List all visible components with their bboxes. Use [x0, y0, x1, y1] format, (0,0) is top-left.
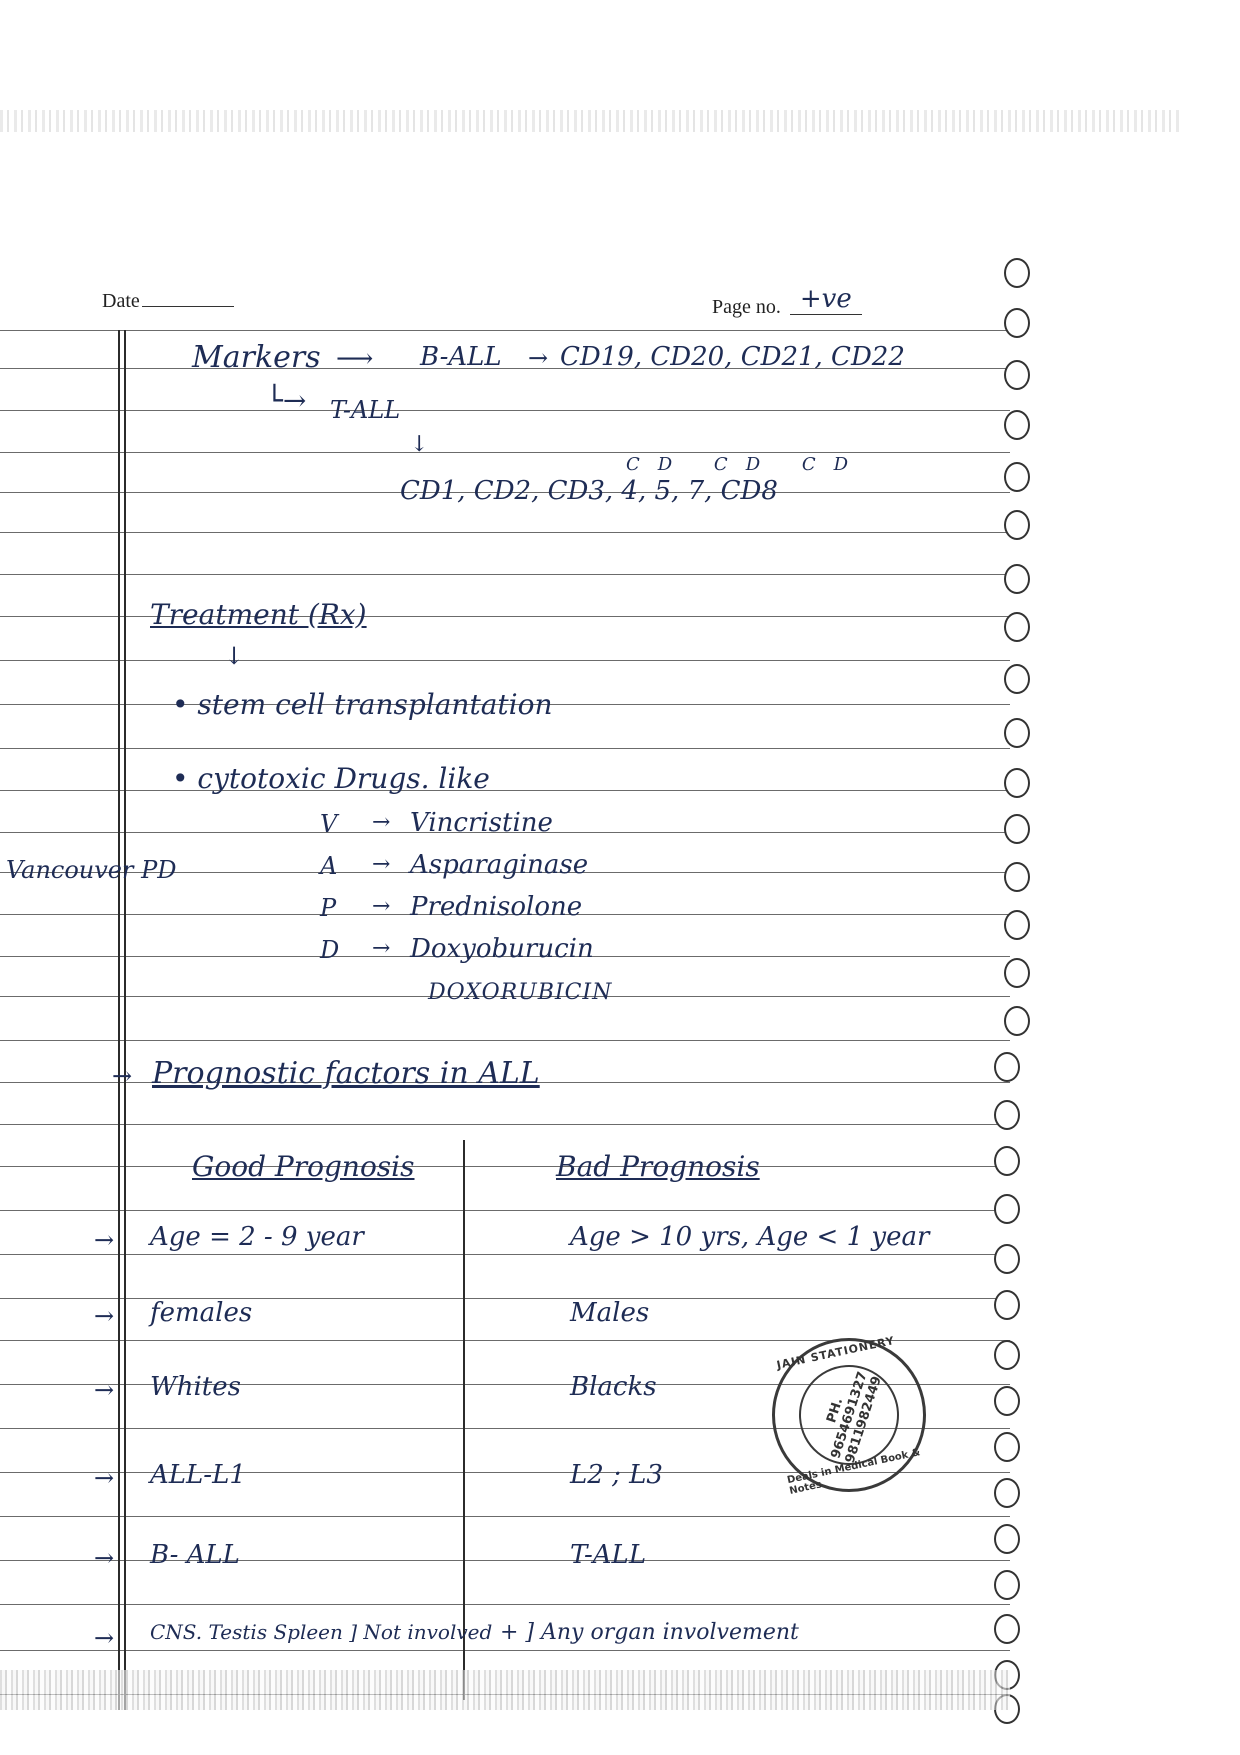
binder-hole-icon [994, 1386, 1020, 1416]
treatment-item: • stem cell transplantation [172, 688, 553, 721]
binder-hole-icon [1004, 410, 1030, 440]
date-label: Date [102, 290, 234, 313]
binder-hole-icon [1004, 768, 1030, 798]
ruled-line [0, 790, 1010, 791]
drug-letter: P [320, 894, 336, 922]
down-arrow-icon: ↓ [410, 432, 428, 457]
b-all-markers: CD19, CD20, CD21, CD22 [560, 342, 905, 372]
ruled-line [0, 1124, 1010, 1125]
arrow-icon: → [372, 852, 390, 877]
notebook-page: Date Page no. +ve Markers ⟶ B-ALL → CD19… [0, 0, 1240, 1755]
arrow-icon: → [94, 1302, 114, 1330]
binder-hole-icon [994, 1146, 1020, 1176]
treatment-item-text: stem cell transplantation [197, 688, 552, 721]
binder-hole-icon [1004, 664, 1030, 694]
stationery-stamp: JAIN STATIONERY PH. 9654691327 981198244… [758, 1324, 941, 1507]
binder-hole-icon [994, 1244, 1020, 1274]
binder-hole-icon [1004, 258, 1030, 288]
margin-line [124, 330, 126, 1710]
ruled-line [0, 1040, 1010, 1041]
t-all-markers: CD1, CD2, CD3, 4, 5, 7, CD8 [400, 476, 778, 506]
column-header-good: Good Prognosis [192, 1150, 415, 1183]
bad-prognosis-cell: + ] Any organ involvement [500, 1620, 799, 1645]
column-divider [463, 1140, 465, 1700]
arrow-icon: ⟶ [336, 344, 373, 374]
good-prognosis-cell: Age = 2 - 9 year [150, 1222, 364, 1252]
column-header-bad: Bad Prognosis [556, 1150, 760, 1183]
drug-name: Vincristine [410, 808, 553, 838]
binder-hole-icon [1004, 308, 1030, 338]
binder-hole-icon [1004, 462, 1030, 492]
binder-hole-icon [994, 1614, 1020, 1644]
ruled-line [0, 1604, 1010, 1605]
bad-prognosis-cell: Blacks [570, 1372, 657, 1402]
good-prognosis-cell: Whites [150, 1372, 241, 1402]
ruled-line [0, 1254, 1010, 1255]
binder-hole-icon [1004, 862, 1030, 892]
binder-hole-icon [994, 1290, 1020, 1320]
t-all-label: T-ALL [330, 396, 400, 424]
drug-name: Asparaginase [410, 850, 588, 880]
arrow-icon: → [372, 936, 390, 961]
markers-title: Markers [192, 340, 321, 375]
arrow-icon: → [528, 344, 548, 372]
arrow-icon: → [94, 1376, 114, 1404]
arrow-icon: → [94, 1624, 114, 1652]
ruled-line [0, 574, 1010, 575]
binder-hole-icon [1004, 958, 1030, 988]
branch-arrow-icon: └→ [266, 384, 306, 417]
drug-letter: D [320, 936, 339, 964]
page-no-label: Page no. +ve [712, 290, 862, 320]
binder-hole-icon [1004, 814, 1030, 844]
treatment-title: Treatment (Rx) [150, 598, 367, 631]
scan-artifact [0, 110, 1180, 132]
binder-hole-icon [1004, 612, 1030, 642]
good-prognosis-cell: females [150, 1298, 252, 1328]
ruled-line [0, 748, 1010, 749]
good-prognosis-cell: B- ALL [150, 1540, 240, 1570]
binder-hole-icon [1004, 910, 1030, 940]
arrow-icon: → [94, 1226, 114, 1254]
binder-hole-icon [994, 1340, 1020, 1370]
bad-prognosis-cell: Males [570, 1298, 649, 1328]
arrow-icon: → [94, 1464, 114, 1492]
binder-hole-icon [1004, 510, 1030, 540]
b-all-label: B-ALL [420, 342, 502, 372]
binder-hole-icon [994, 1524, 1020, 1554]
ruled-line [0, 1210, 1010, 1211]
bad-prognosis-cell: L2 ; L3 [570, 1460, 663, 1490]
binder-hole-icon [994, 1478, 1020, 1508]
binder-hole-icon [994, 1194, 1020, 1224]
regimen-label: Vancouver PD [6, 856, 177, 884]
binder-hole-icon [994, 1432, 1020, 1462]
date-label-text: Date [102, 290, 140, 312]
ruled-line [0, 410, 1010, 411]
ruled-line [0, 1516, 1010, 1517]
arrow-icon: → [112, 1062, 132, 1090]
good-prognosis-cell: CNS. Testis Spleen ] Not involved [150, 1620, 492, 1644]
drug-correction: DOXORUBICIN [428, 980, 612, 1005]
binder-hole-icon [994, 1570, 1020, 1600]
ruled-line [0, 660, 1010, 661]
treatment-item-text: cytotoxic Drugs. like [197, 762, 489, 795]
binder-hole-icon [1004, 1006, 1030, 1036]
arrow-icon: → [372, 894, 390, 919]
page-no-text: Page no. [712, 296, 781, 318]
drug-letter: V [320, 810, 337, 838]
ruled-line [0, 452, 1010, 453]
arrow-icon: → [372, 810, 390, 835]
drug-name: Prednisolone [410, 892, 582, 922]
arrow-icon: → [94, 1544, 114, 1572]
prognosis-title: Prognostic factors in ALL [152, 1056, 540, 1091]
t-all-superscript: CD CD CD [626, 454, 866, 475]
binder-hole-icon [994, 1052, 1020, 1082]
binder-hole-icon [1004, 360, 1030, 390]
margin-line [118, 330, 120, 1710]
bad-prognosis-cell: T-ALL [570, 1540, 646, 1570]
drug-letter: A [320, 852, 337, 880]
ruled-line [0, 1166, 1010, 1167]
binder-hole-icon [1004, 718, 1030, 748]
binder-hole-icon [1004, 564, 1030, 594]
page-no-value: +ve [790, 284, 862, 315]
scan-artifact [0, 1670, 1010, 1710]
bad-prognosis-cell: Age > 10 yrs, Age < 1 year [570, 1222, 929, 1252]
down-arrow-icon: ↓ [224, 642, 244, 670]
binder-hole-icon [994, 1100, 1020, 1130]
ruled-line [0, 1650, 1010, 1651]
ruled-line [0, 532, 1010, 533]
treatment-item: • cytotoxic Drugs. like [172, 762, 490, 795]
drug-name: Doxyoburucin [410, 934, 594, 964]
good-prognosis-cell: ALL-L1 [150, 1460, 246, 1490]
date-field [142, 306, 234, 307]
ruled-line [0, 330, 1010, 331]
